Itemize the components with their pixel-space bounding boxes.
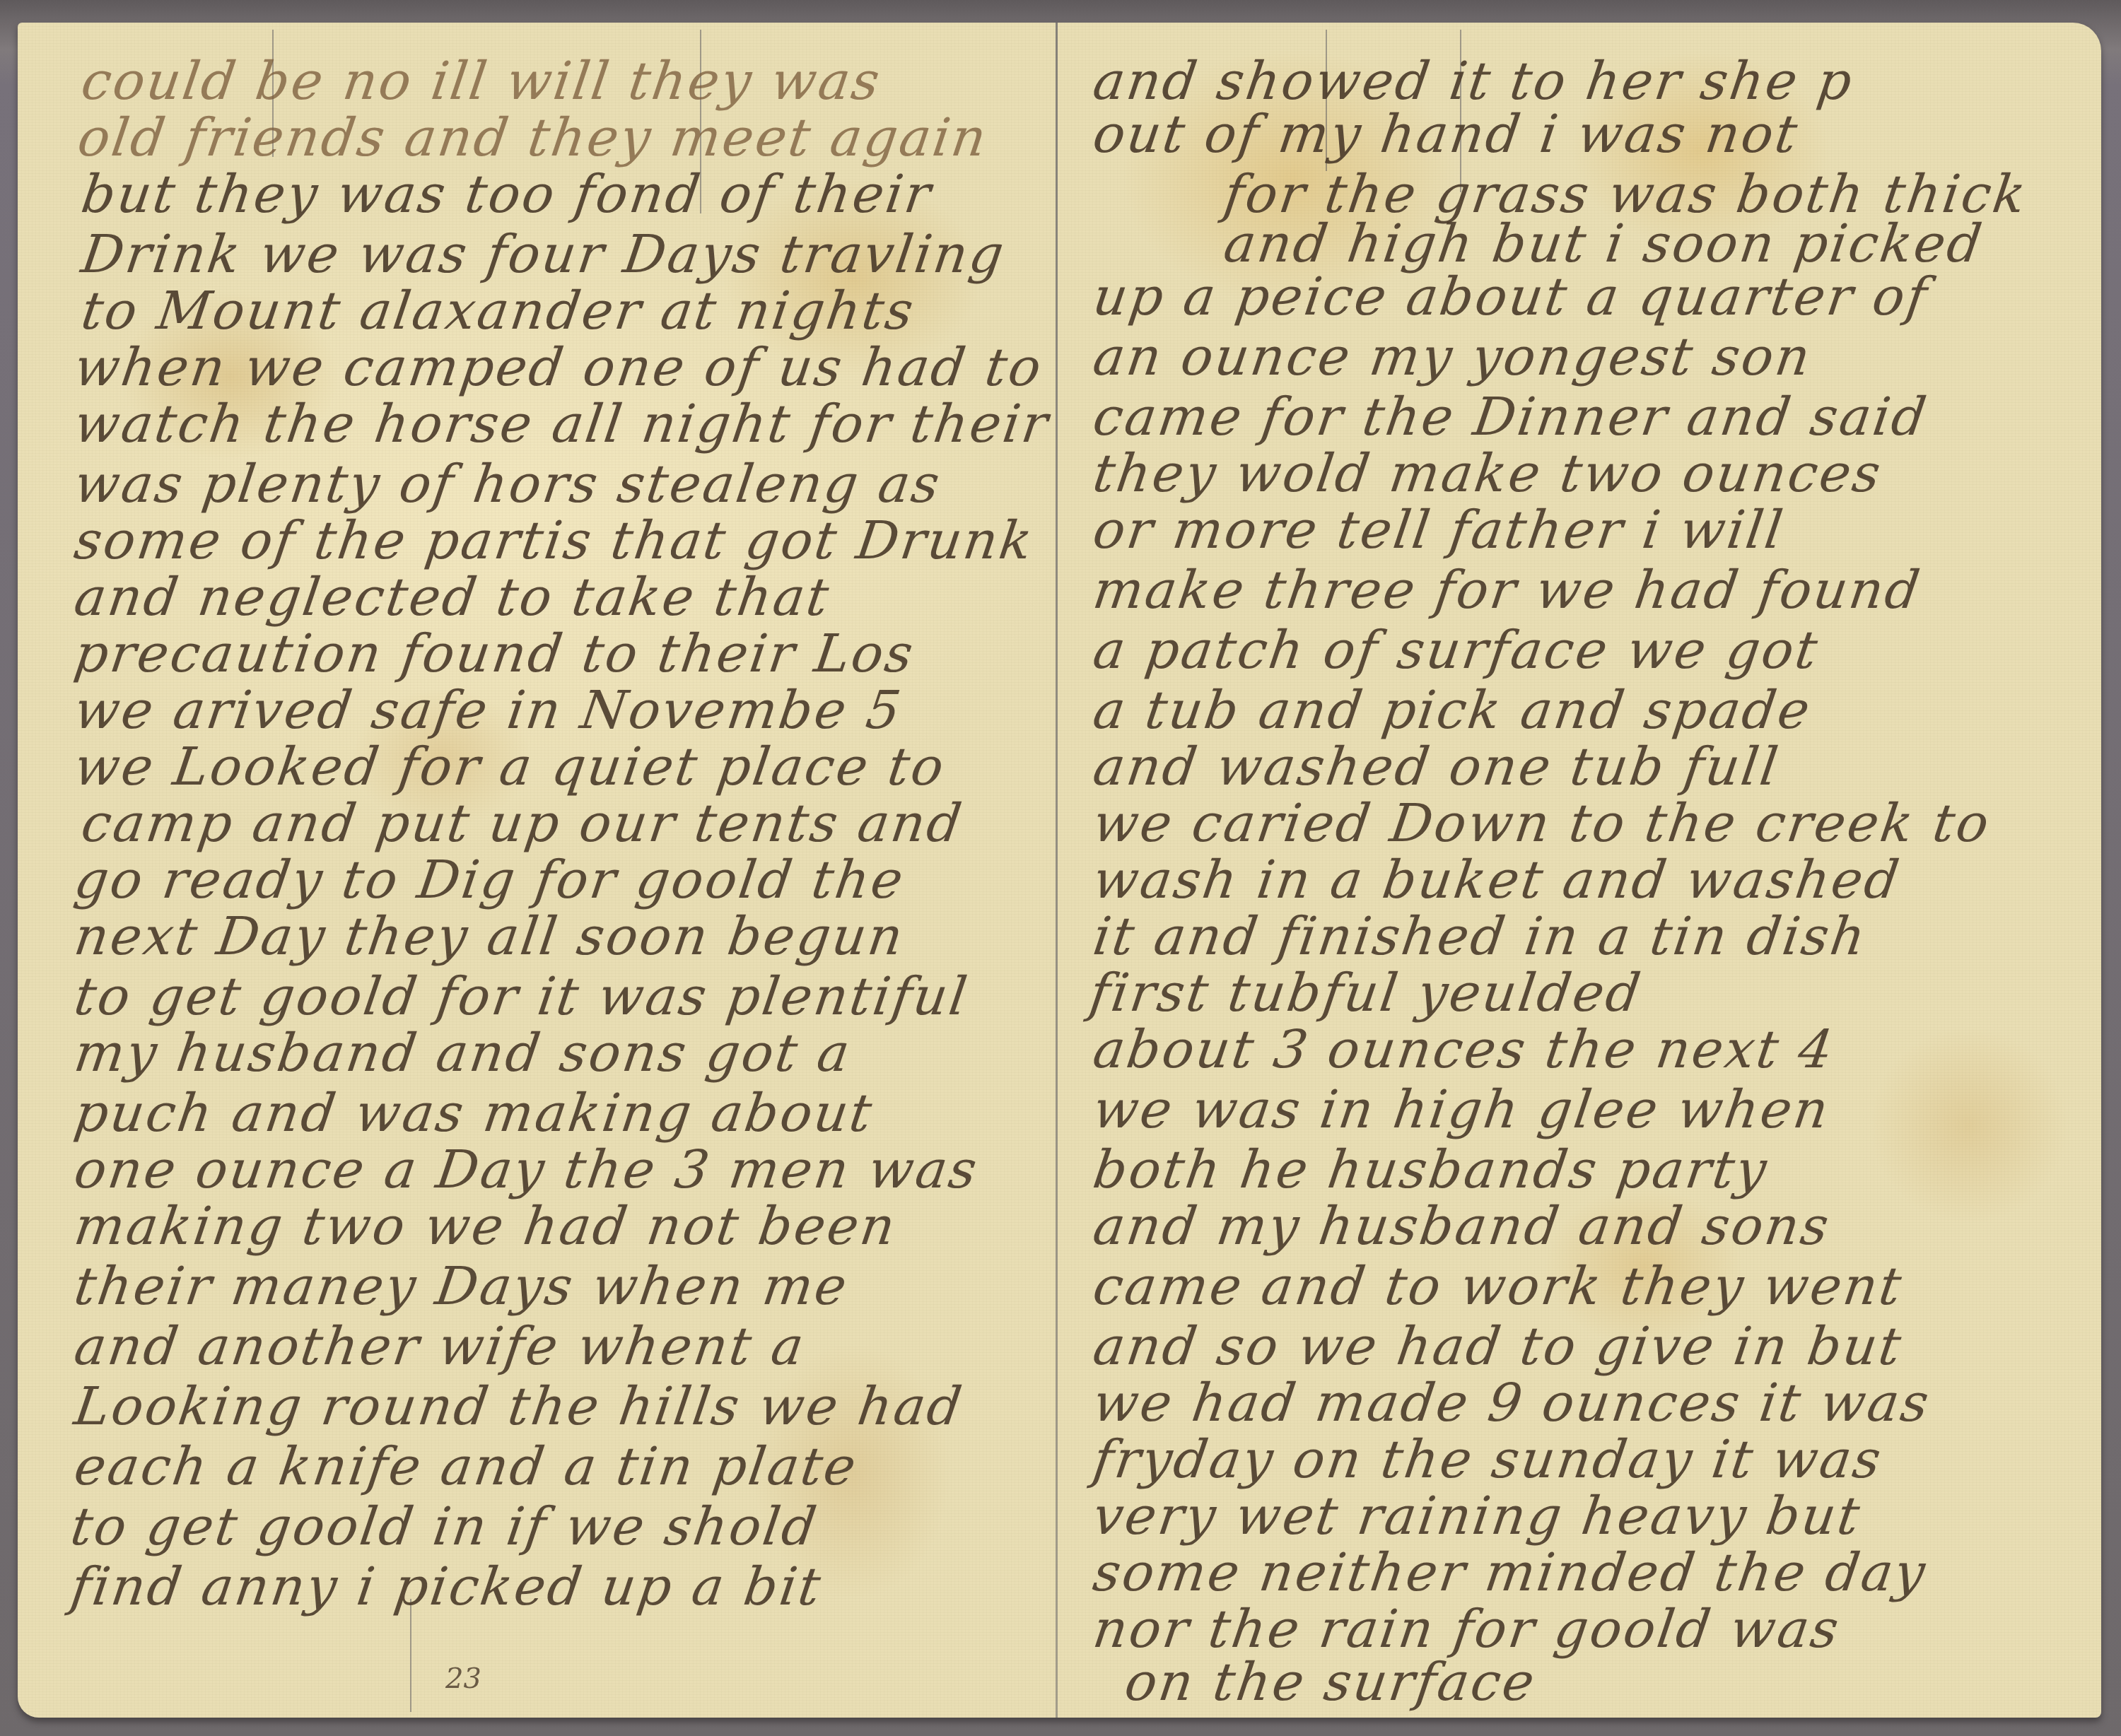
handwritten-line: first tubful yeulded bbox=[1086, 963, 1646, 1024]
handwritten-line: make three for we had found bbox=[1089, 560, 1925, 621]
handwritten-line: up a peice about a quarter of bbox=[1089, 266, 1932, 327]
handwritten-line: could be no ill will they was bbox=[78, 51, 885, 112]
handwritten-line: old friends and they meet again bbox=[74, 107, 992, 168]
handwritten-line: Looking round the hills we had bbox=[71, 1376, 967, 1437]
handwritten-line: came and to work they went bbox=[1089, 1256, 1907, 1317]
handwritten-line: camp and put up our tents and bbox=[78, 793, 967, 854]
handwritten-line: making two we had not been bbox=[71, 1196, 901, 1257]
handwritten-line: we had made 9 ounces it was bbox=[1089, 1373, 1934, 1433]
handwritten-line: each a knife and a tin plate bbox=[71, 1436, 862, 1497]
handwritten-line: both he husbands party bbox=[1089, 1139, 1772, 1200]
handwritten-line: and neglected to take that bbox=[71, 567, 834, 628]
letter-sheet: could be no ill will they was old friend… bbox=[18, 23, 2101, 1718]
handwritten-line: we was in high glee when bbox=[1089, 1079, 1834, 1140]
handwritten-line: and showed it to her she p bbox=[1089, 51, 1857, 112]
handwritten-line: and another wife whent a bbox=[71, 1316, 810, 1377]
left-page: could be no ill will they was old friend… bbox=[18, 23, 1056, 1718]
handwritten-line: and my husband and sons bbox=[1089, 1196, 1834, 1257]
handwritten-line: and washed one tub full bbox=[1089, 737, 1784, 797]
handwritten-line: next Day they all soon begun bbox=[71, 906, 908, 967]
handwritten-line: or more tell father i will bbox=[1089, 500, 1788, 561]
handwritten-line: was plenty of hors stealeng as bbox=[71, 454, 945, 515]
handwritten-line: wash in a buket and washed bbox=[1089, 850, 1905, 910]
handwritten-line: Drink we was four Days travling bbox=[78, 224, 1010, 285]
handwritten-line: it and finished in a tin dish bbox=[1089, 906, 1871, 967]
handwritten-line: came for the Dinner and said bbox=[1089, 387, 1932, 447]
handwritten-line: we arived safe in Novembe 5 bbox=[71, 680, 906, 741]
handwritten-line: out of my hand i was not bbox=[1089, 104, 1803, 165]
handwritten-line: they wold make two ounces bbox=[1089, 443, 1886, 504]
handwritten-line: and so we had to give in but bbox=[1089, 1316, 1907, 1377]
handwritten-line: their maney Days when me bbox=[71, 1256, 853, 1317]
handwritten-line: some of the partis that got Drunk bbox=[71, 510, 1038, 571]
handwritten-line: watch the horse all night for their bbox=[71, 394, 1053, 454]
handwritten-line: to get goold in if we shold bbox=[67, 1496, 822, 1557]
right-page: and showed it to her she p out of my han… bbox=[1058, 23, 2101, 1718]
handwritten-line: and high but i soon picked bbox=[1220, 213, 1987, 274]
handwritten-line: when we camped one of us had to bbox=[71, 337, 1047, 398]
page-mark: 23 bbox=[445, 1662, 481, 1695]
handwritten-line: go ready to Dig for goold the bbox=[71, 850, 908, 910]
handwritten-line: we caried Down to the creek to bbox=[1089, 793, 1994, 854]
handwritten-line: but they was too fond of their bbox=[78, 164, 936, 225]
handwritten-line: to Mount alaxander at nights bbox=[78, 281, 919, 341]
handwritten-line: find anny i picked up a bit bbox=[67, 1556, 826, 1617]
handwritten-line: about 3 ounces the next 4 bbox=[1089, 1019, 1838, 1080]
handwritten-line: one ounce a Day the 3 men was bbox=[71, 1139, 983, 1200]
handwritten-line: some neither minded the day bbox=[1089, 1542, 1931, 1603]
handwritten-line: on the surface bbox=[1121, 1652, 1540, 1713]
handwritten-line: puch and was making about bbox=[71, 1083, 877, 1144]
handwritten-line: an ounce my yongest son bbox=[1089, 327, 1816, 387]
handwritten-line: my husband and sons got a bbox=[71, 1023, 855, 1084]
handwritten-line: very wet raining heavy but bbox=[1089, 1486, 1865, 1547]
handwritten-line: fryday on the sunday it was bbox=[1089, 1429, 1886, 1490]
handwritten-line: to get goold for it was plentiful bbox=[71, 966, 973, 1027]
handwritten-line: we Looked for a quiet place to bbox=[71, 737, 950, 797]
handwritten-line: a patch of surface we got bbox=[1089, 620, 1823, 681]
handwritten-line: precaution found to their Los bbox=[71, 623, 918, 684]
handwritten-line: nor the rain for goold was bbox=[1089, 1599, 1845, 1660]
handwritten-line: a tub and pick and spade bbox=[1089, 680, 1816, 741]
